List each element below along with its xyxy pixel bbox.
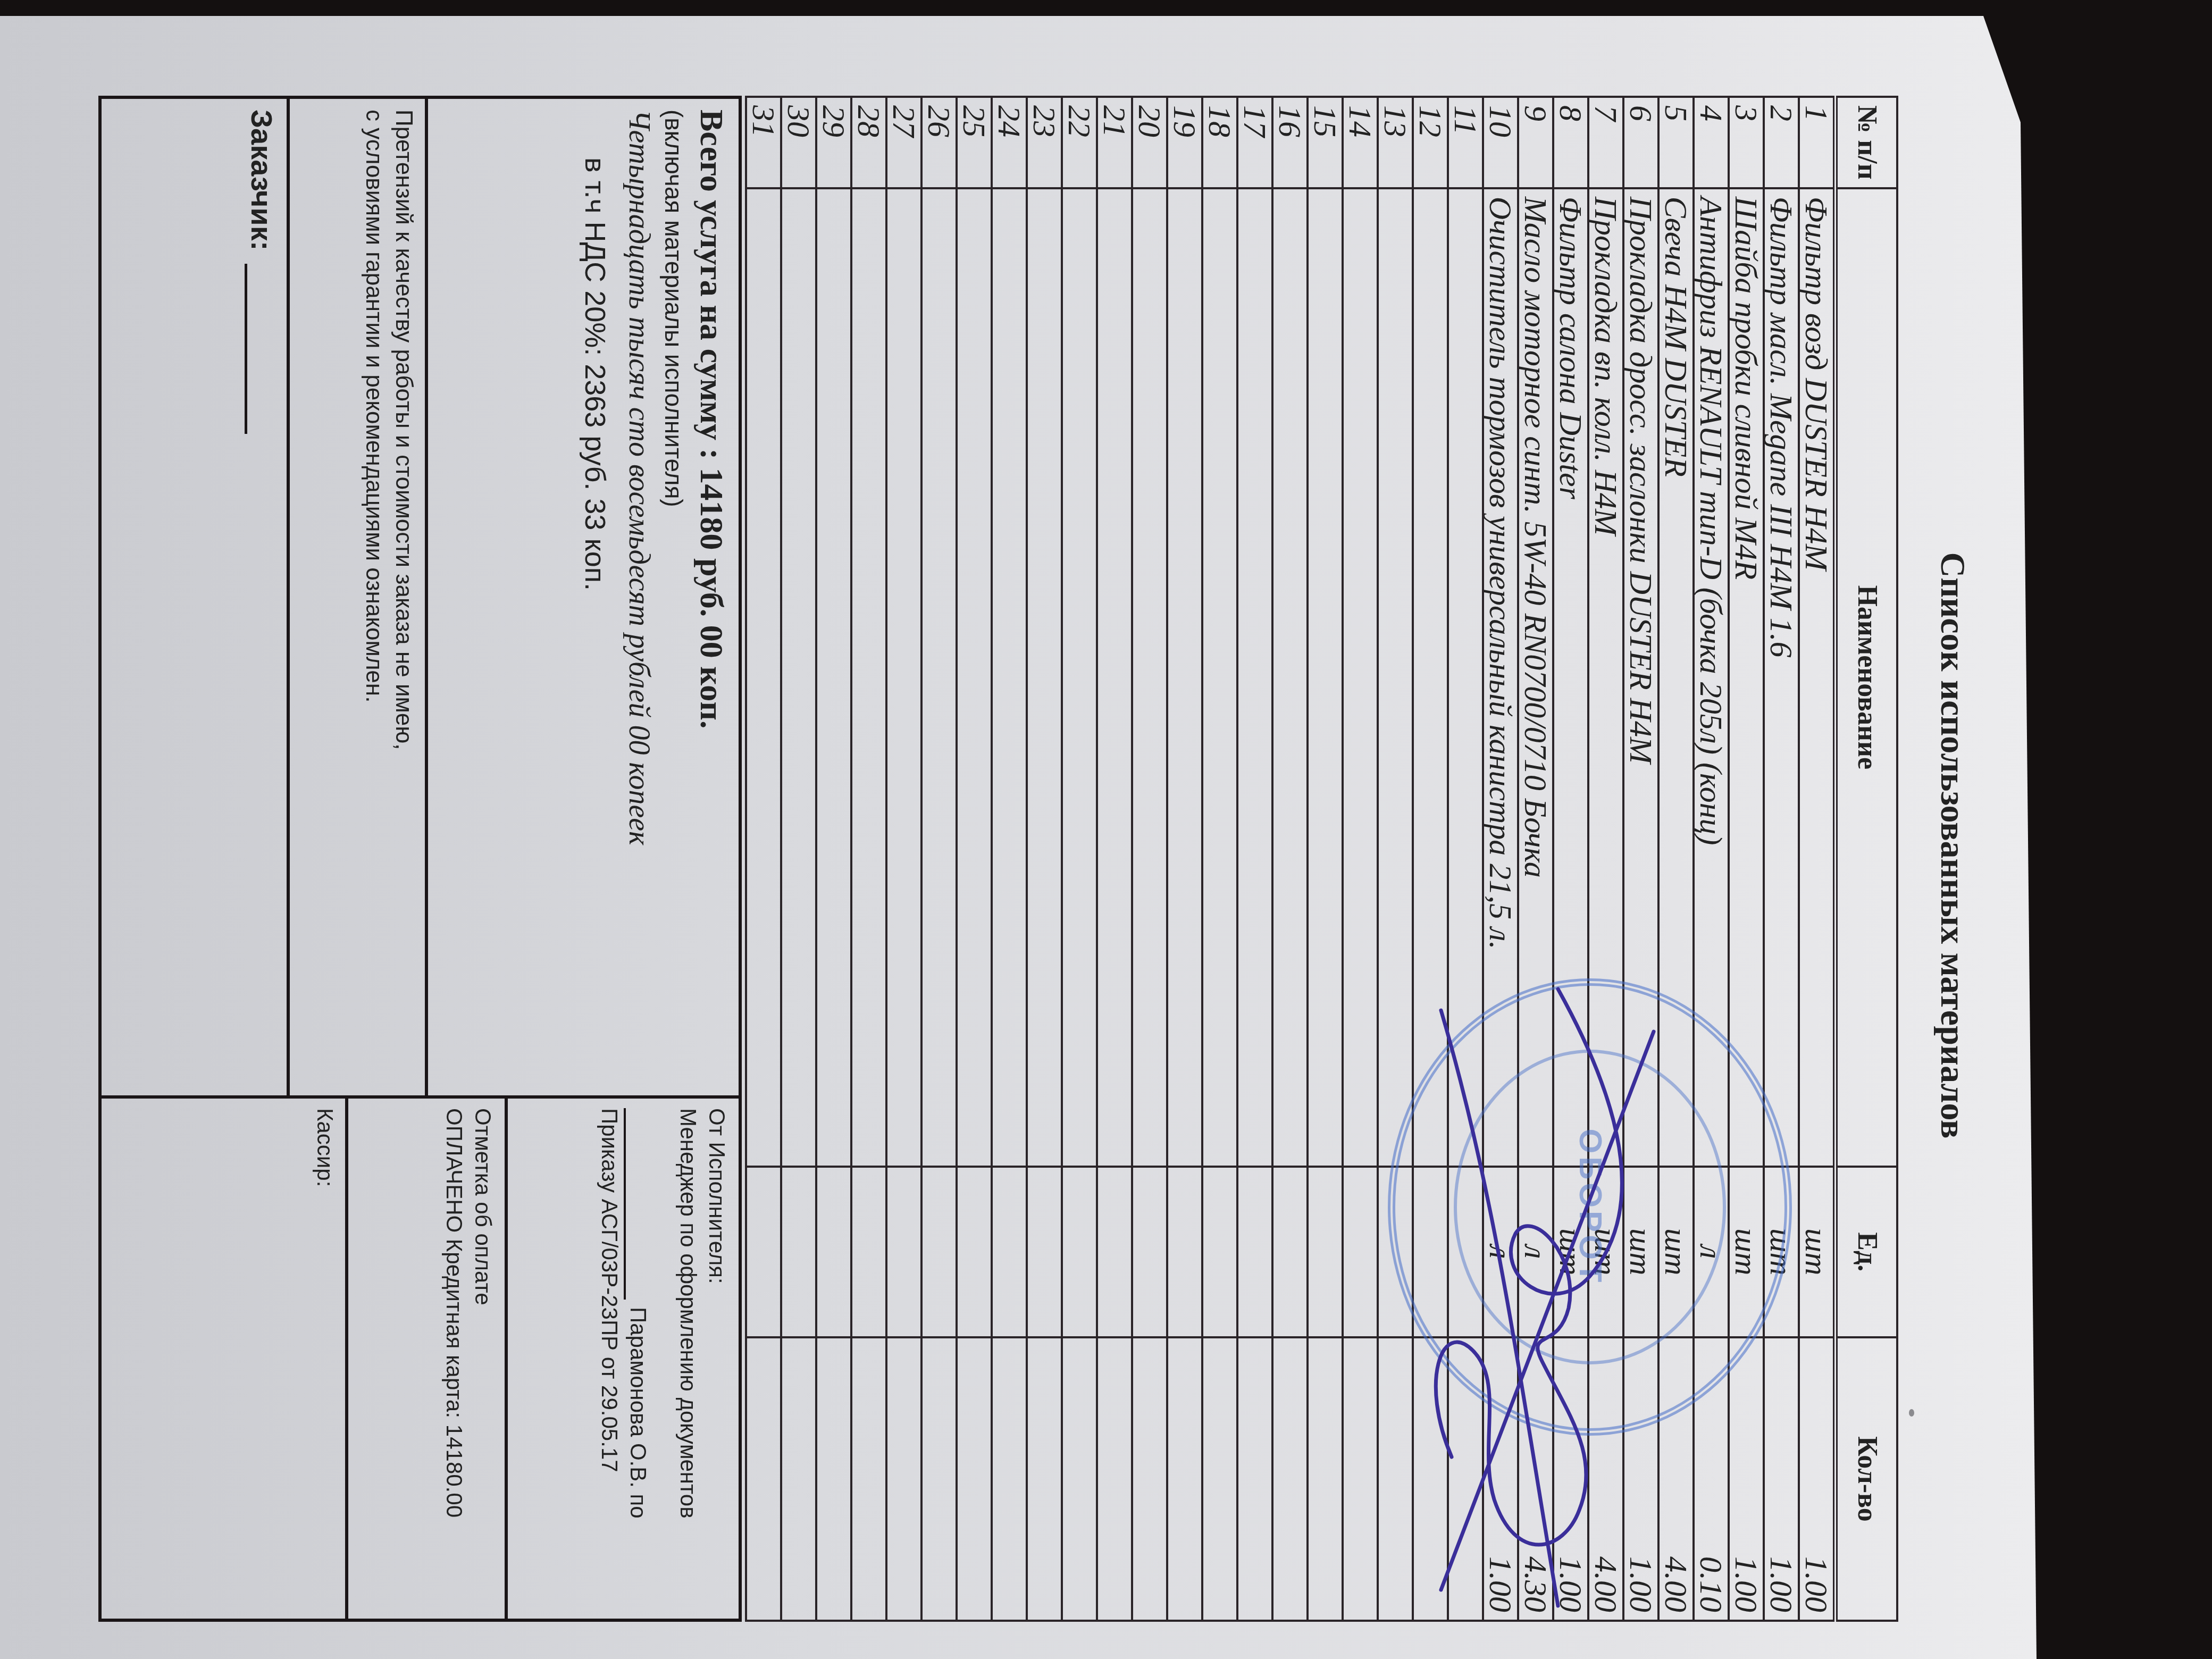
item-quantity xyxy=(1167,1337,1202,1621)
table-row: 25 xyxy=(957,97,992,1621)
item-quantity xyxy=(816,1337,851,1621)
item-name: Прокладка дросс. заслонки DUSTER H4M xyxy=(1623,188,1658,1167)
row-number: 23 xyxy=(1027,97,1062,188)
item-name: Масло моторное синт. 5W-40 RN0700/0710 Б… xyxy=(1518,188,1553,1167)
item-quantity: 4.30 xyxy=(1518,1337,1553,1621)
executor-role: Менеджер по оформлению документов xyxy=(674,1108,702,1609)
item-unit: шт xyxy=(1658,1167,1694,1337)
item-name: Антифриз RENAULT тип-D (бочка 205л) (кон… xyxy=(1694,188,1729,1167)
item-quantity: 1.00 xyxy=(1729,1337,1764,1621)
item-quantity: 4.00 xyxy=(1588,1337,1623,1621)
payment-block: Отметка об оплате ОПЛАЧЕНО Кредитная кар… xyxy=(345,1099,505,1619)
item-quantity xyxy=(1237,1337,1272,1621)
item-unit xyxy=(1308,1167,1343,1337)
row-number: 28 xyxy=(851,97,886,188)
item-name: Фильтр масл. Megane III H4M 1.6 xyxy=(1764,188,1799,1167)
table-row: 14 xyxy=(1343,97,1378,1621)
item-unit xyxy=(1132,1167,1167,1337)
item-quantity xyxy=(992,1337,1027,1621)
row-number: 18 xyxy=(1202,97,1237,188)
item-name xyxy=(1448,188,1483,1167)
table-row: 17 xyxy=(1237,97,1272,1621)
item-name xyxy=(992,188,1027,1167)
total-amount: Всего услуга на сумму : 14180 руб. 00 ко… xyxy=(692,110,730,1085)
item-name xyxy=(886,188,921,1167)
row-number: 27 xyxy=(886,97,921,188)
item-quantity xyxy=(1202,1337,1237,1621)
item-unit xyxy=(1272,1167,1308,1337)
item-name xyxy=(921,188,957,1167)
row-number: 26 xyxy=(921,97,957,188)
row-number: 20 xyxy=(1132,97,1167,188)
item-unit xyxy=(992,1167,1027,1337)
table-row: 10Очиститель тормозов универсальный кани… xyxy=(1483,97,1518,1621)
table-row: 4Антифриз RENAULT тип-D (бочка 205л) (ко… xyxy=(1694,97,1729,1621)
total-in-words: Четырнадцать тысяч сто восемьдесят рубле… xyxy=(622,110,656,1085)
materials-table: № п/п Наименование Ед. Кол-во 1Фильтр во… xyxy=(745,96,1898,1622)
claims-line-1: Претензий к качеству работы и стоимости … xyxy=(389,110,418,1085)
item-quantity: 1.00 xyxy=(1553,1337,1588,1621)
table-row: 8Фильтр салона Dusterшт1.00 xyxy=(1553,97,1588,1621)
item-unit xyxy=(1027,1167,1062,1337)
table-row: 26 xyxy=(921,97,957,1621)
item-unit: шт xyxy=(1588,1167,1623,1337)
row-number: 24 xyxy=(992,97,1027,188)
item-unit xyxy=(886,1167,921,1337)
row-number: 4 xyxy=(1694,97,1729,188)
footer-right: От Исполнителя: Менеджер по оформлению д… xyxy=(102,1099,739,1619)
item-quantity xyxy=(1272,1337,1308,1621)
item-unit: шт xyxy=(1623,1167,1658,1337)
row-number: 11 xyxy=(1448,97,1483,188)
item-unit xyxy=(921,1167,957,1337)
item-name xyxy=(1202,188,1237,1167)
item-name xyxy=(851,188,886,1167)
item-unit: л xyxy=(1483,1167,1518,1337)
row-number: 13 xyxy=(1378,97,1413,188)
customer-label: Заказчик: xyxy=(245,110,279,250)
paper-mark xyxy=(1909,1409,1914,1417)
row-number: 9 xyxy=(1518,97,1553,188)
table-row: 30 xyxy=(781,97,816,1621)
row-number: 17 xyxy=(1237,97,1272,188)
row-number: 21 xyxy=(1097,97,1132,188)
item-quantity xyxy=(886,1337,921,1621)
document-title: Список использованных материалов xyxy=(1932,48,1973,1643)
row-number: 8 xyxy=(1553,97,1588,188)
claims-line-2: с условиями гарантии и рекомендациями оз… xyxy=(359,110,389,1085)
item-unit: л xyxy=(1694,1167,1729,1337)
row-number: 10 xyxy=(1483,97,1518,188)
item-unit xyxy=(746,1167,781,1337)
row-number: 3 xyxy=(1729,97,1764,188)
table-row: 9Масло моторное синт. 5W-40 RN0700/0710 … xyxy=(1518,97,1553,1621)
item-name xyxy=(1308,188,1343,1167)
item-unit: шт xyxy=(1729,1167,1764,1337)
item-name: Шайба пробки сливной M4R xyxy=(1729,188,1764,1167)
item-quantity xyxy=(1448,1337,1483,1621)
item-unit xyxy=(1448,1167,1483,1337)
executor-name: Парамонова О.В. по xyxy=(624,1307,652,1519)
item-name xyxy=(816,188,851,1167)
item-name xyxy=(1413,188,1448,1167)
executor-signature-line xyxy=(624,1108,647,1300)
item-name: Очиститель тормозов универсальный канист… xyxy=(1483,188,1518,1167)
item-unit xyxy=(781,1167,816,1337)
item-unit: шт xyxy=(1764,1167,1799,1337)
item-quantity xyxy=(1378,1337,1413,1621)
header-name: Наименование xyxy=(1836,188,1898,1167)
summary-block: Всего услуга на сумму : 14180 руб. 00 ко… xyxy=(425,99,739,1095)
item-name xyxy=(746,188,781,1167)
item-quantity: 1.00 xyxy=(1764,1337,1799,1621)
executor-order: Приказу АСГ/03Р-23ПР от 29.05.17 xyxy=(595,1108,624,1609)
table-row: 5Свеча H4M DUSTERшт4.00 xyxy=(1658,97,1694,1621)
table-row: 3Шайба пробки сливной M4Rшт1.00 xyxy=(1729,97,1764,1621)
vat-amount: в т.ч НДС 20%: 2363 руб. 33 коп. xyxy=(579,110,611,1085)
table-row: 6Прокладка дросс. заслонки DUSTER H4Mшт1… xyxy=(1623,97,1658,1621)
row-number: 2 xyxy=(1764,97,1799,188)
table-row: 18 xyxy=(1202,97,1237,1621)
item-unit xyxy=(957,1167,992,1337)
item-quantity xyxy=(746,1337,781,1621)
row-number: 31 xyxy=(746,97,781,188)
payment-label: Отметка об оплате xyxy=(468,1108,497,1609)
document-page: Список использованных материалов № п/п Н… xyxy=(37,48,1994,1643)
item-unit xyxy=(1343,1167,1378,1337)
executor-sign-row: Парамонова О.В. по xyxy=(624,1108,652,1609)
row-number: 22 xyxy=(1062,97,1097,188)
item-quantity: 1.00 xyxy=(1483,1337,1518,1621)
row-number: 1 xyxy=(1799,97,1836,188)
row-number: 6 xyxy=(1623,97,1658,188)
table-row: 13 xyxy=(1378,97,1413,1621)
table-header-row: № п/п Наименование Ед. Кол-во xyxy=(1836,97,1898,1621)
row-number: 29 xyxy=(816,97,851,188)
item-quantity xyxy=(957,1337,992,1621)
materials-table-body: 1Фильтр возд DUSTER H4Mшт1.002Фильтр мас… xyxy=(746,97,1836,1621)
item-quantity xyxy=(1097,1337,1132,1621)
item-name xyxy=(1272,188,1308,1167)
table-row: 20 xyxy=(1132,97,1167,1621)
row-number: 7 xyxy=(1588,97,1623,188)
table-row: 28 xyxy=(851,97,886,1621)
item-name xyxy=(1167,188,1202,1167)
executor-block: От Исполнителя: Менеджер по оформлению д… xyxy=(505,1099,739,1619)
item-quantity xyxy=(1132,1337,1167,1621)
table-row: 24 xyxy=(992,97,1027,1621)
item-name xyxy=(1062,188,1097,1167)
table-row: 27 xyxy=(886,97,921,1621)
item-unit xyxy=(1237,1167,1272,1337)
item-quantity xyxy=(851,1337,886,1621)
header-qty: Кол-во xyxy=(1836,1337,1898,1621)
table-row: 1Фильтр возд DUSTER H4Mшт1.00 xyxy=(1799,97,1836,1621)
header-no: № п/п xyxy=(1836,97,1898,188)
item-unit xyxy=(816,1167,851,1337)
item-unit xyxy=(851,1167,886,1337)
item-quantity: 0.10 xyxy=(1694,1337,1729,1621)
item-name xyxy=(781,188,816,1167)
table-row: 29 xyxy=(816,97,851,1621)
item-unit xyxy=(1378,1167,1413,1337)
item-name: Свеча H4M DUSTER xyxy=(1658,188,1694,1167)
item-unit xyxy=(1167,1167,1202,1337)
customer-block: Заказчик: xyxy=(102,99,287,1095)
executor-label: От Исполнителя: xyxy=(702,1108,731,1609)
row-number: 30 xyxy=(781,97,816,188)
table-row: 12 xyxy=(1413,97,1448,1621)
row-number: 19 xyxy=(1167,97,1202,188)
item-quantity xyxy=(1027,1337,1062,1621)
row-number: 5 xyxy=(1658,97,1694,188)
table-row: 11 xyxy=(1448,97,1483,1621)
customer-signature-line xyxy=(245,264,274,434)
payment-status: ОПЛАЧЕНО Кредитная карта: 14180.00 xyxy=(440,1108,468,1609)
paper-sheet: Список использованных материалов № п/п Н… xyxy=(0,16,2037,1659)
item-unit: л xyxy=(1518,1167,1553,1337)
row-number: 25 xyxy=(957,97,992,188)
table-row: 15 xyxy=(1308,97,1343,1621)
table-row: 7Прокладка вп. колл. H4Mшт4.00 xyxy=(1588,97,1623,1621)
header-unit: Ед. xyxy=(1836,1167,1898,1337)
item-name: Прокладка вп. колл. H4M xyxy=(1588,188,1623,1167)
item-quantity xyxy=(1343,1337,1378,1621)
footer-left: Всего услуга на сумму : 14180 руб. 00 ко… xyxy=(102,99,739,1099)
item-unit xyxy=(1202,1167,1237,1337)
table-row: 19 xyxy=(1167,97,1202,1621)
row-number: 12 xyxy=(1413,97,1448,188)
item-name xyxy=(1378,188,1413,1167)
item-quantity xyxy=(1062,1337,1097,1621)
item-unit xyxy=(1097,1167,1132,1337)
item-name: Фильтр возд DUSTER H4M xyxy=(1799,188,1836,1167)
claims-block: Претензий к качеству работы и стоимости … xyxy=(287,99,425,1095)
table-row: 2Фильтр масл. Megane III H4M 1.6шт1.00 xyxy=(1764,97,1799,1621)
item-quantity xyxy=(921,1337,957,1621)
item-unit: шт xyxy=(1553,1167,1588,1337)
item-unit xyxy=(1062,1167,1097,1337)
row-number: 16 xyxy=(1272,97,1308,188)
total-note: (включая материалы исполнителя) xyxy=(659,110,688,1085)
item-quantity xyxy=(1308,1337,1343,1621)
item-quantity: 4.00 xyxy=(1658,1337,1694,1621)
table-row: 16 xyxy=(1272,97,1308,1621)
row-number: 15 xyxy=(1308,97,1343,188)
item-name xyxy=(1097,188,1132,1167)
item-quantity: 1.00 xyxy=(1799,1337,1836,1621)
row-number: 14 xyxy=(1343,97,1378,188)
table-row: 22 xyxy=(1062,97,1097,1621)
cashier-label: Кассир: xyxy=(313,1108,338,1187)
cashier-block: Кассир: xyxy=(102,1099,345,1619)
item-unit xyxy=(1413,1167,1448,1337)
document-footer: Всего услуга на сумму : 14180 руб. 00 ко… xyxy=(98,96,742,1622)
item-quantity: 1.00 xyxy=(1623,1337,1658,1621)
table-row: 23 xyxy=(1027,97,1062,1621)
item-unit: шт xyxy=(1799,1167,1836,1337)
item-quantity xyxy=(781,1337,816,1621)
item-quantity xyxy=(1413,1337,1448,1621)
item-name xyxy=(1343,188,1378,1167)
item-name xyxy=(957,188,992,1167)
table-row: 31 xyxy=(746,97,781,1621)
item-name xyxy=(1237,188,1272,1167)
table-row: 21 xyxy=(1097,97,1132,1621)
item-name xyxy=(1027,188,1062,1167)
item-name: Фильтр салона Duster xyxy=(1553,188,1588,1167)
item-name xyxy=(1132,188,1167,1167)
